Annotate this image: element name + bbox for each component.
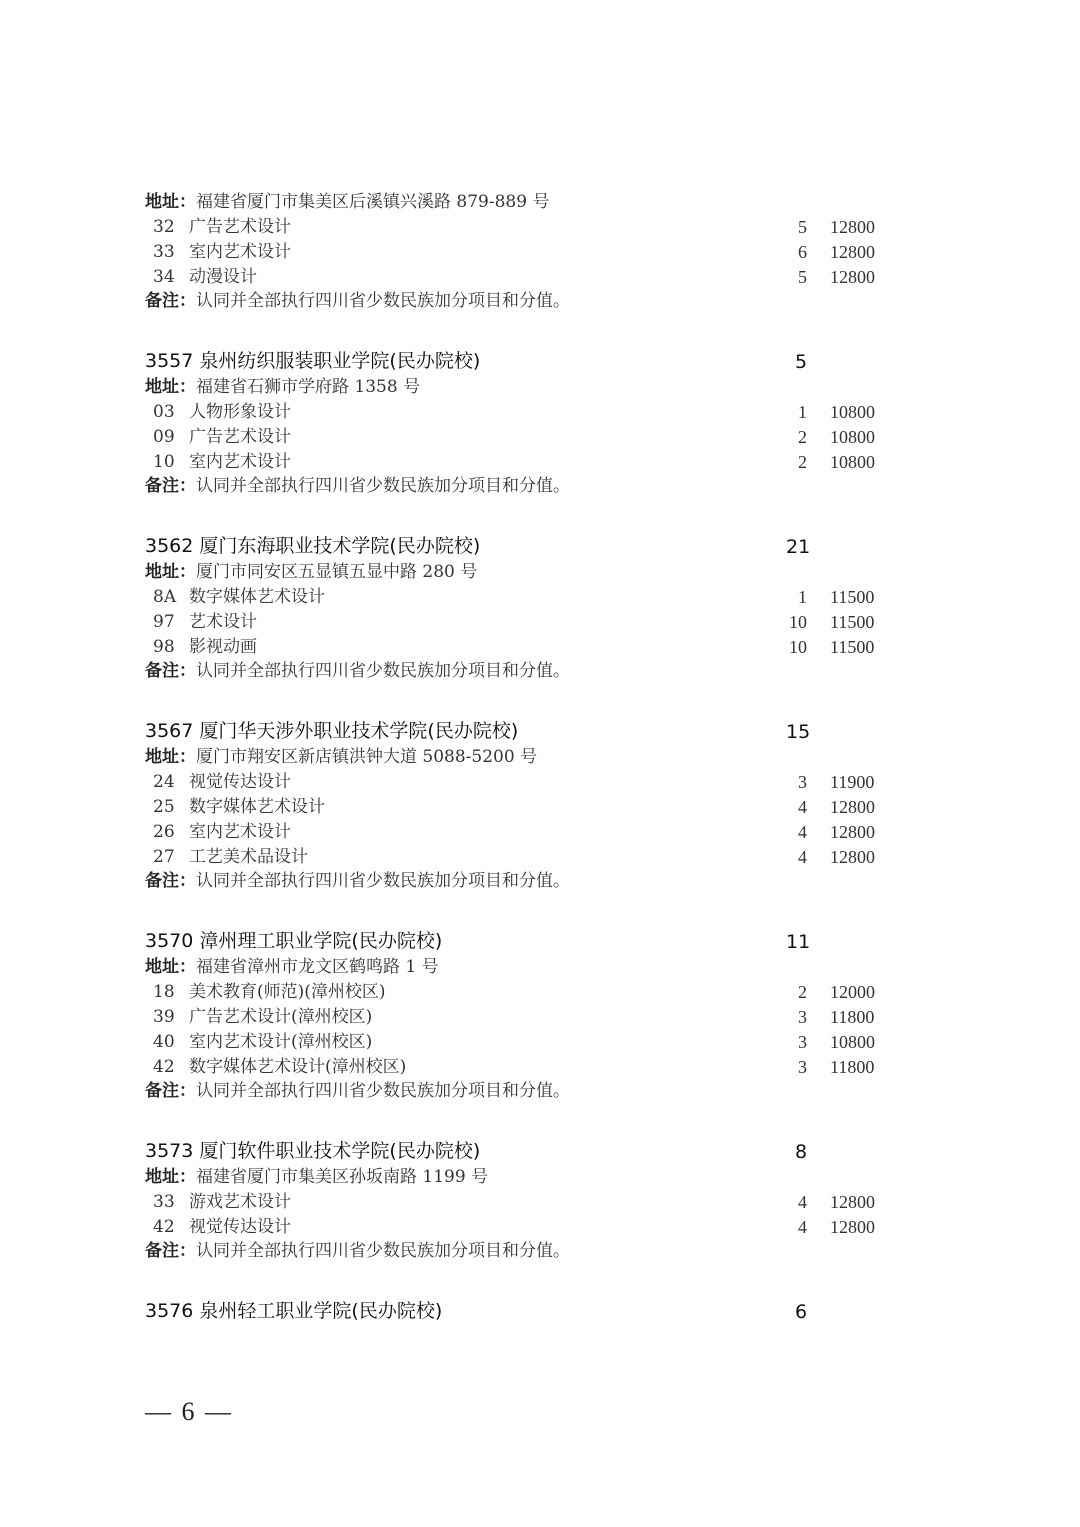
school-name: 厦门华天涉外职业技术学院(民办院校) [199, 720, 518, 742]
address-text: 福建省石狮市学府路 1358 号 [196, 377, 420, 397]
major-fee: 12800 [830, 265, 875, 290]
school-code: 3567 [145, 720, 193, 742]
school-total: 11 [786, 928, 810, 956]
major-fee: 11500 [830, 635, 874, 660]
major-count: 10 [780, 610, 807, 635]
major-name: 室内艺术设计 [189, 242, 291, 262]
major-code: 09 [145, 425, 189, 450]
major-name: 游戏艺术设计 [189, 1192, 291, 1212]
school-total: 15 [786, 718, 810, 746]
major-row: 42视觉传达设计 [145, 1215, 291, 1240]
school-code: 3576 [145, 1300, 193, 1322]
major-fee: 10800 [830, 1030, 875, 1055]
school-code: 3562 [145, 535, 193, 557]
major-count: 2 [780, 425, 807, 450]
major-count: 5 [780, 215, 807, 240]
note-label: 备注： [145, 476, 196, 496]
address-text: 福建省厦门市集美区后溪镇兴溪路 879-889 号 [196, 192, 549, 212]
school-heading: 3567 厦门华天涉外职业技术学院(民办院校) [145, 719, 518, 744]
major-code: 34 [145, 265, 189, 290]
address-label: 地址： [145, 747, 196, 767]
major-name: 影视动画 [189, 637, 257, 657]
major-fee: 12800 [830, 820, 875, 845]
note-line: 备注：认同并全部执行四川省少数民族加分项目和分值。 [145, 659, 570, 684]
school-heading: 3570 漳州理工职业学院(民办院校) [145, 929, 442, 954]
major-count: 6 [780, 240, 807, 265]
address-label: 地址： [145, 957, 196, 977]
major-code: 98 [145, 635, 189, 660]
major-code: 03 [145, 400, 189, 425]
major-code: 25 [145, 795, 189, 820]
major-row: 32广告艺术设计 [145, 215, 291, 240]
major-name: 视觉传达设计 [189, 1217, 291, 1237]
major-code: 10 [145, 450, 189, 475]
major-fee: 11900 [830, 770, 874, 795]
note-line: 备注：认同并全部执行四川省少数民族加分项目和分值。 [145, 869, 570, 894]
major-row: 97艺术设计 [145, 610, 257, 635]
address-label: 地址： [145, 562, 196, 582]
address-line: 地址：福建省厦门市集美区后溪镇兴溪路 879-889 号 [145, 190, 549, 215]
major-count: 4 [780, 795, 807, 820]
major-row: 33游戏艺术设计 [145, 1190, 291, 1215]
school-total: 5 [795, 348, 807, 376]
major-count: 3 [780, 1030, 807, 1055]
school-code: 3573 [145, 1140, 193, 1162]
major-count: 4 [780, 820, 807, 845]
major-code: 24 [145, 770, 189, 795]
major-fee: 11800 [830, 1005, 874, 1030]
note-text: 认同并全部执行四川省少数民族加分项目和分值。 [196, 291, 570, 311]
major-code: 42 [145, 1055, 189, 1080]
note-line: 备注：认同并全部执行四川省少数民族加分项目和分值。 [145, 1079, 570, 1104]
address-label: 地址： [145, 1167, 196, 1187]
major-count: 3 [780, 770, 807, 795]
major-fee: 11800 [830, 1055, 874, 1080]
school-name: 泉州轻工职业学院(民办院校) [199, 1300, 442, 1322]
major-row: 33室内艺术设计 [145, 240, 291, 265]
school-total: 6 [795, 1298, 807, 1326]
address-line: 地址：福建省石狮市学府路 1358 号 [145, 375, 420, 400]
major-fee: 12800 [830, 845, 875, 870]
major-count: 4 [780, 1190, 807, 1215]
major-name: 美术教育(师范)(漳州校区) [189, 982, 386, 1002]
major-name: 室内艺术设计 [189, 822, 291, 842]
school-total: 8 [795, 1138, 807, 1166]
note-line: 备注：认同并全部执行四川省少数民族加分项目和分值。 [145, 1239, 570, 1264]
major-name: 视觉传达设计 [189, 772, 291, 792]
major-code: 18 [145, 980, 189, 1005]
major-name: 数字媒体艺术设计(漳州校区) [189, 1057, 406, 1077]
major-fee: 12000 [830, 980, 875, 1005]
major-row: 34动漫设计 [145, 265, 257, 290]
major-name: 广告艺术设计 [189, 427, 291, 447]
major-name: 人物形象设计 [189, 402, 291, 422]
school-heading: 3557 泉州纺织服装职业学院(民办院校) [145, 349, 480, 374]
document-page: 地址：福建省厦门市集美区后溪镇兴溪路 879-889 号 32广告艺术设计 5 … [0, 0, 1080, 1527]
major-code: 39 [145, 1005, 189, 1030]
major-name: 广告艺术设计(漳州校区) [189, 1007, 372, 1027]
major-fee: 12800 [830, 1190, 875, 1215]
major-row: 26室内艺术设计 [145, 820, 291, 845]
major-row: 98影视动画 [145, 635, 257, 660]
note-label: 备注： [145, 871, 196, 891]
major-count: 3 [780, 1055, 807, 1080]
major-name: 室内艺术设计 [189, 452, 291, 472]
major-fee: 10800 [830, 400, 875, 425]
major-fee: 12800 [830, 795, 875, 820]
major-count: 4 [780, 1215, 807, 1240]
note-text: 认同并全部执行四川省少数民族加分项目和分值。 [196, 1081, 570, 1101]
major-count: 1 [780, 400, 807, 425]
address-label: 地址： [145, 377, 196, 397]
major-count: 10 [780, 635, 807, 660]
address-line: 地址：厦门市翔安区新店镇洪钟大道 5088-5200 号 [145, 745, 537, 770]
address-text: 福建省漳州市龙文区鹤鸣路 1 号 [196, 957, 439, 977]
major-row: 8A数字媒体艺术设计 [145, 585, 325, 610]
major-code: 26 [145, 820, 189, 845]
major-name: 动漫设计 [189, 267, 257, 287]
address-text: 福建省厦门市集美区孙坂南路 1199 号 [196, 1167, 488, 1187]
school-name: 漳州理工职业学院(民办院校) [199, 930, 442, 952]
school-code: 3557 [145, 350, 193, 372]
major-code: 33 [145, 240, 189, 265]
major-row: 09广告艺术设计 [145, 425, 291, 450]
note-text: 认同并全部执行四川省少数民族加分项目和分值。 [196, 1241, 570, 1261]
major-row: 27工艺美术品设计 [145, 845, 308, 870]
note-text: 认同并全部执行四川省少数民族加分项目和分值。 [196, 476, 570, 496]
major-row: 25数字媒体艺术设计 [145, 795, 325, 820]
address-text: 厦门市翔安区新店镇洪钟大道 5088-5200 号 [196, 747, 537, 767]
major-code: 27 [145, 845, 189, 870]
note-text: 认同并全部执行四川省少数民族加分项目和分值。 [196, 661, 570, 681]
major-code: 42 [145, 1215, 189, 1240]
major-name: 艺术设计 [189, 612, 257, 632]
major-count: 3 [780, 1005, 807, 1030]
major-code: 8A [145, 585, 189, 610]
major-count: 2 [780, 980, 807, 1005]
address-label: 地址： [145, 192, 196, 212]
major-count: 2 [780, 450, 807, 475]
school-total: 21 [786, 533, 810, 561]
major-row: 24视觉传达设计 [145, 770, 291, 795]
major-name: 数字媒体艺术设计 [189, 797, 325, 817]
note-label: 备注： [145, 291, 196, 311]
note-label: 备注： [145, 1081, 196, 1101]
major-row: 42数字媒体艺术设计(漳州校区) [145, 1055, 406, 1080]
address-line: 地址：福建省漳州市龙文区鹤鸣路 1 号 [145, 955, 439, 980]
note-text: 认同并全部执行四川省少数民族加分项目和分值。 [196, 871, 570, 891]
major-name: 室内艺术设计(漳州校区) [189, 1032, 372, 1052]
school-code: 3570 [145, 930, 193, 952]
major-fee: 12800 [830, 240, 875, 265]
major-name: 广告艺术设计 [189, 217, 291, 237]
major-fee: 10800 [830, 450, 875, 475]
major-count: 1 [780, 585, 807, 610]
major-code: 33 [145, 1190, 189, 1215]
major-code: 97 [145, 610, 189, 635]
school-name: 厦门东海职业技术学院(民办院校) [199, 535, 480, 557]
major-fee: 11500 [830, 585, 874, 610]
note-line: 备注：认同并全部执行四川省少数民族加分项目和分值。 [145, 289, 570, 314]
note-label: 备注： [145, 661, 196, 681]
major-name: 工艺美术品设计 [189, 847, 308, 867]
major-code: 32 [145, 215, 189, 240]
major-fee: 11500 [830, 610, 874, 635]
major-row: 18美术教育(师范)(漳州校区) [145, 980, 386, 1005]
major-fee: 12800 [830, 215, 875, 240]
major-row: 40室内艺术设计(漳州校区) [145, 1030, 372, 1055]
major-name: 数字媒体艺术设计 [189, 587, 325, 607]
school-heading: 3562 厦门东海职业技术学院(民办院校) [145, 534, 480, 559]
address-text: 厦门市同安区五显镇五显中路 280 号 [196, 562, 477, 582]
page-number: — 6 — [145, 1397, 233, 1427]
major-count: 5 [780, 265, 807, 290]
note-line: 备注：认同并全部执行四川省少数民族加分项目和分值。 [145, 474, 570, 499]
note-label: 备注： [145, 1241, 196, 1261]
major-code: 40 [145, 1030, 189, 1055]
major-fee: 12800 [830, 1215, 875, 1240]
major-fee: 10800 [830, 425, 875, 450]
major-row: 03人物形象设计 [145, 400, 291, 425]
school-name: 厦门软件职业技术学院(民办院校) [199, 1140, 480, 1162]
school-heading: 3576 泉州轻工职业学院(民办院校) [145, 1299, 442, 1324]
address-line: 地址：厦门市同安区五显镇五显中路 280 号 [145, 560, 477, 585]
address-line: 地址：福建省厦门市集美区孙坂南路 1199 号 [145, 1165, 488, 1190]
school-heading: 3573 厦门软件职业技术学院(民办院校) [145, 1139, 480, 1164]
school-name: 泉州纺织服装职业学院(民办院校) [199, 350, 480, 372]
major-row: 10室内艺术设计 [145, 450, 291, 475]
major-row: 39广告艺术设计(漳州校区) [145, 1005, 372, 1030]
major-count: 4 [780, 845, 807, 870]
